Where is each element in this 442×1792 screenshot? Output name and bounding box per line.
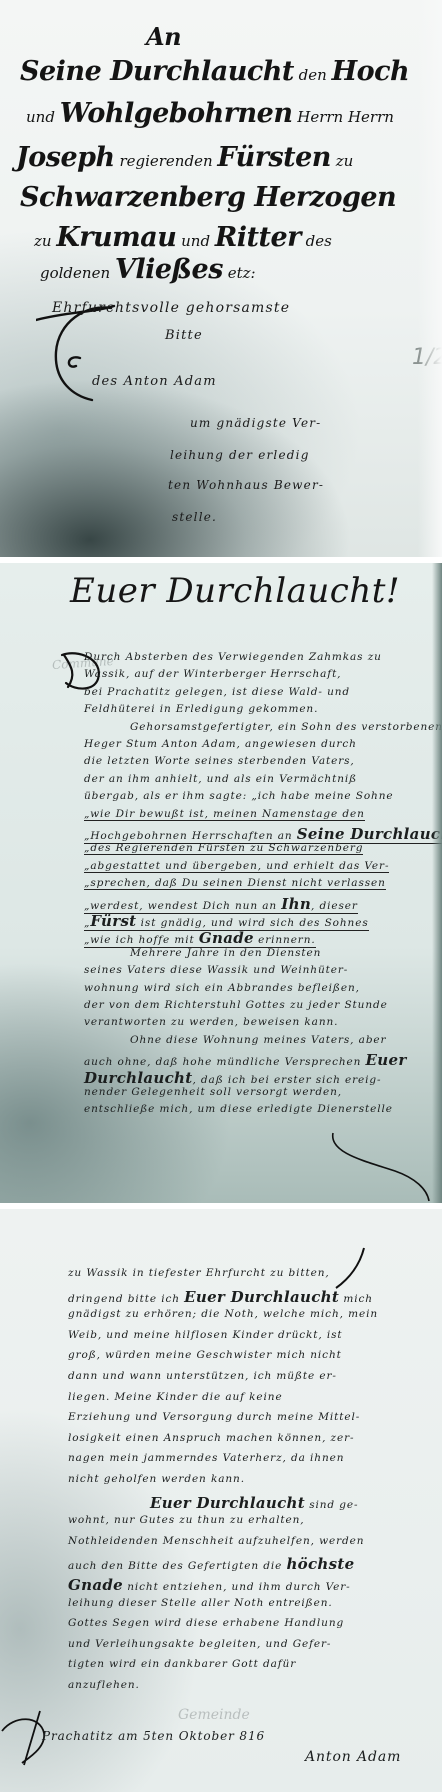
address-line: und Wohlgebohrnen Herrn Herrn xyxy=(26,98,394,129)
summary-line: des Anton Adam xyxy=(92,374,217,389)
top-flourish xyxy=(330,1244,370,1294)
text-line: „Hochgebohrnen Herrschaften an Seine Dur… xyxy=(84,825,442,844)
address-word: zu xyxy=(331,152,353,170)
address-line: zu Krumau und Ritter des xyxy=(34,222,332,253)
text-line: tigten wird ein dankbarer Gott dafür xyxy=(68,1658,296,1670)
address-word: Vließes xyxy=(115,254,223,285)
text-line: entschließe mich, um diese erledigte Die… xyxy=(84,1103,393,1115)
text-line: Durchlaucht, daß ich bei erster sich ere… xyxy=(84,1069,381,1087)
text-line: „sprechen, daß Du seinen Dienst nicht ve… xyxy=(84,877,386,890)
address-word: Ritter xyxy=(215,222,301,253)
address-line: Joseph regierenden Fürsten zu xyxy=(16,142,353,173)
emphasized-word: Fürst xyxy=(90,912,136,930)
emphasized-word: Gnade xyxy=(199,929,254,947)
text-line: seines Vaters diese Wassik und Weinhüter… xyxy=(84,964,348,976)
text-line: Gottes Segen wird diese erhabene Handlun… xyxy=(68,1617,344,1629)
emphasized-word: Gnade xyxy=(68,1576,123,1594)
text-line: groß, würden meine Geschwister mich nich… xyxy=(68,1349,342,1361)
address-word: regierenden xyxy=(115,152,218,170)
closing-flourish xyxy=(325,1123,435,1203)
address-line: Schwarzenberg Herzogen xyxy=(20,182,396,213)
text-line: „wie Dir bewußt ist, meinen Namenstage d… xyxy=(84,808,365,821)
address-word: zu xyxy=(34,232,56,250)
text-line: „des Regierenden Fürsten zu Schwarzenber… xyxy=(84,842,363,855)
address-word: Herrn Herrn xyxy=(292,108,393,126)
text-line: dann und wann unterstützen, ich müßte er… xyxy=(68,1370,337,1382)
text-line: „werdest, wendest Dich nun an Ihn, diese… xyxy=(84,895,358,914)
text-line: der an ihm anhielt, und als ein Vermächt… xyxy=(84,773,357,785)
text-line: auch den Bitte des Gefertigten die höchs… xyxy=(68,1555,354,1573)
address-word: Krumau xyxy=(56,222,176,253)
signature: Anton Adam xyxy=(305,1749,401,1765)
address-word: Fürsten xyxy=(217,142,331,173)
text-line: auch ohne, daß hohe mündliche Verspreche… xyxy=(84,1051,407,1069)
text-line: Heger Stum Anton Adam, angewiesen durch xyxy=(84,738,357,750)
text-line: anzuflehen. xyxy=(68,1679,140,1691)
text-line: „Fürst ist gnädig, und wird sich des Soh… xyxy=(84,912,369,931)
address-word: Joseph xyxy=(16,142,115,173)
text-line: wohnt, nur Gutes zu thun zu erhalten, xyxy=(68,1514,304,1526)
text-line: der von dem Richterstuhl Gottes zu jeder… xyxy=(84,999,388,1011)
text-line: Weib, und meine hilflosen Kinder drückt,… xyxy=(68,1329,343,1341)
text-line: gnädigst zu erhören; die Noth, welche mi… xyxy=(68,1308,378,1320)
text-line: losigkeit einen Anspruch machen können, … xyxy=(68,1432,354,1444)
place-and-date: Prachatitz am 5ten Oktober 816 xyxy=(42,1729,265,1743)
text-line: zu Wassik in tiefester Ehrfurcht zu bitt… xyxy=(68,1267,330,1279)
text-line: und Verleihungsakte begleiten, und Gefer… xyxy=(68,1638,331,1650)
address-word: goldenen xyxy=(40,264,115,282)
address-word: des xyxy=(301,232,332,250)
emphasized-word: höchste xyxy=(286,1555,354,1573)
address-word: Schwarzenberg Herzogen xyxy=(20,182,396,213)
text-line: Mehrere Jahre in den Diensten xyxy=(130,947,321,959)
text-line: verantworten zu werden, beweisen kann. xyxy=(84,1016,338,1028)
text-line: übergab, als er ihm sagte: „ich habe mei… xyxy=(84,790,393,802)
emphasized-word: Seine Durchlaucht xyxy=(297,825,442,843)
text-line: Gnade nicht entziehen, und ihm durch Ver… xyxy=(68,1576,351,1594)
summary-line: ten Wohnhaus Bewer- xyxy=(168,478,324,492)
text-line: Wassik, auf der Winterberger Herrschaft, xyxy=(84,668,341,680)
text-line: Euer Durchlaucht sind ge- xyxy=(150,1494,358,1512)
summary-line: Ehrfurchtsvolle gehorsamste xyxy=(52,300,290,316)
text-line: „wie ich hoffe mit Gnade erinnern. xyxy=(84,929,316,948)
address-line: An xyxy=(146,22,181,51)
text-line: Ohne diese Wohnung meines Vaters, aber xyxy=(130,1034,386,1046)
address-word: An xyxy=(146,22,181,51)
text-line: nender Gelegenheit soll versorgt werden, xyxy=(84,1086,342,1098)
emphasized-word: Durchlaucht xyxy=(84,1069,192,1087)
text-line: die letzten Worte seines sterbenden Vate… xyxy=(84,755,355,767)
summary-line: um gnädigste Ver- xyxy=(190,416,321,430)
margin-bleed-through: Gemeinde xyxy=(178,1707,250,1723)
text-line: nicht geholfen werden kann. xyxy=(68,1473,245,1485)
text-line: leihung dieser Stelle aller Noth entreiß… xyxy=(68,1597,333,1609)
address-word: Wohlgebohrnen xyxy=(60,98,293,129)
text-line: Nothleidenden Menschheit aufzuhelfen, we… xyxy=(68,1535,364,1547)
text-line: Erziehung und Versorgung durch meine Mit… xyxy=(68,1411,360,1423)
address-word: Seine Durchlaucht xyxy=(20,56,294,87)
summary-line: stelle. xyxy=(172,510,217,524)
scan-page-2: Commune Euer Durchlaucht! Durch Absterbe… xyxy=(0,563,442,1203)
address-word: etz: xyxy=(223,264,256,282)
text-line: Feldhüterei in Erledigung gekommen. xyxy=(84,703,318,715)
address-word: Hoch xyxy=(332,56,410,87)
initial-flourish-E xyxy=(36,300,116,410)
text-line: bei Prachatitz gelegen, ist diese Wald- … xyxy=(84,686,350,698)
address-word: und xyxy=(26,108,60,126)
text-line: liegen. Meine Kinder die auf keine xyxy=(68,1391,283,1403)
pencil-folio-note: 1/2 xyxy=(412,345,442,370)
text-line: Gehorsamstgefertigter, ein Sohn des vers… xyxy=(130,721,442,733)
emphasized-word: Euer Durchlaucht xyxy=(184,1288,339,1306)
address-line: Seine Durchlaucht den Hoch xyxy=(20,56,409,87)
text-line: „abgestattet und übergeben, und erhielt … xyxy=(84,860,389,873)
emphasized-word: Euer xyxy=(366,1051,407,1069)
emphasized-word: Ihn xyxy=(281,895,311,913)
scan-page-1: AnSeine Durchlaucht den Hochund Wohlgebo… xyxy=(0,0,442,557)
emphasized-word: Euer Durchlaucht xyxy=(150,1494,305,1512)
salutation-heading: Euer Durchlaucht! xyxy=(70,571,400,611)
text-line: nagen mein jammerndes Vaterherz, da ihne… xyxy=(68,1452,344,1464)
address-word: und xyxy=(176,232,214,250)
address-line: goldenen Vließes etz: xyxy=(40,254,256,285)
summary-line: leihung der erledig xyxy=(170,448,310,462)
text-line: wohnung wird sich ein Abbrandes befleiße… xyxy=(84,982,360,994)
scan-page-3: Gemeinde zu Wassik in tiefester Ehrfurch… xyxy=(0,1209,442,1792)
text-line: Durch Absterben des Verwiegenden Zahmkas… xyxy=(84,651,382,663)
address-word: den xyxy=(294,66,332,84)
summary-line: Bitte xyxy=(165,328,203,343)
text-line: dringend bitte ich Euer Durchlaucht mich xyxy=(68,1288,373,1306)
